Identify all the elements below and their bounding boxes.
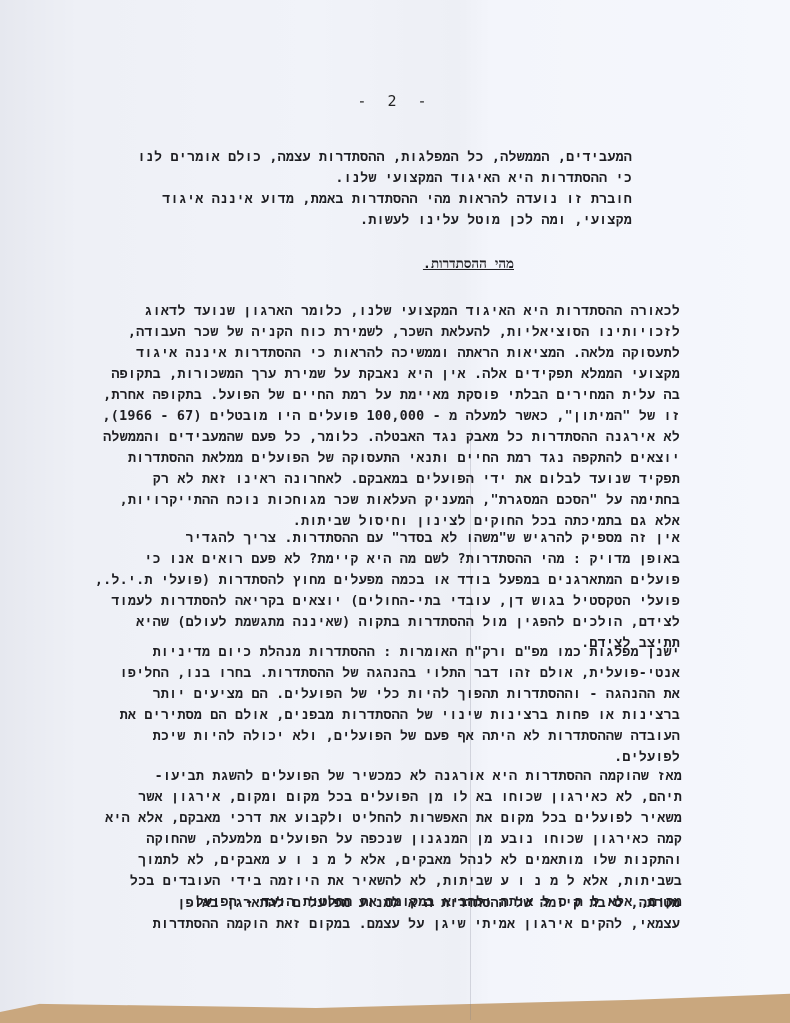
text-line: ישנן מפלגות כמו מפ"ם ורק"ח האומרות : ההס… (120, 642, 680, 663)
text-line: קמה כאירגון שכוחו נובע מן המנגנון שנכפה … (105, 829, 682, 850)
text-line: בה עלית המחירים הבלתי פוסקת מאיימת על רמ… (103, 385, 680, 406)
text-line: לפועלים. (120, 747, 680, 768)
text-line: בחתימה על "הסכם המסגרת", המעניק העלאות ש… (103, 490, 680, 511)
text-line: מקצועי, ומה לכן מוטל עלינו לעשות. (138, 210, 632, 231)
paragraph-parties-mapam-rakah: ישנן מפלגות כמו מפ"ם ורק"ח האומרות : ההס… (120, 642, 680, 768)
text-line: והתקנות שלו מותאמים לא לנהל מאבקים, אלא … (105, 850, 682, 871)
text-line: תפקיד שנועד לבלום את ידי הפועלים במאבקם.… (103, 469, 680, 490)
text-line: מטרתה, סיבת קיומה של ההסתדרות היא למנוע … (153, 893, 680, 914)
intro-paragraph: המעבידים, הממשלה, כל המפלגות, ההסתדרות ע… (138, 147, 632, 231)
text-line: משאיר לפועלים בכל מקום את האפשרות להחליט… (105, 808, 682, 829)
paragraph-what-is-histadrut: לכאורה ההסתדרות היא האיגוד המקצועי שלנו,… (103, 301, 680, 532)
text-line: חוברת זו נועדה להראות מהי ההסתדרות באמת,… (138, 189, 632, 210)
text-line: פועלים המתארגנים במפעל בודד או בכמה מפעל… (95, 570, 680, 591)
paragraph-since-founded: מאז שהוקמה ההסתדרות היא אורגנה לא כמכשיר… (105, 766, 682, 913)
section-heading: מהי ההסתדרות. (423, 256, 514, 272)
text-line: המעבידים, הממשלה, כל המפלגות, ההסתדרות ע… (138, 147, 632, 168)
text-line: לצידם, הולכים להפגין מול ההסתדרות בתקוה … (95, 612, 680, 633)
text-line: אנטי-פועלית, אולם זהו דבר התלוי בהנהגה ש… (120, 663, 680, 684)
text-line: באופן מדויק : מהי ההסתדרות? לשם מה היא ק… (95, 549, 680, 570)
text-line: לזכויותינו הסוציאליות, להעלאת השכר, לשמי… (103, 322, 680, 343)
text-line: ברצינות או פחות ברצינות שינוי של ההסתדרו… (120, 705, 680, 726)
text-line: כי ההסתדרות היא האיגוד המקצועי שלנו. (138, 168, 632, 189)
text-line: אין זה מספיק להרגיש ש"משהו לא בסדר" עם ה… (95, 528, 680, 549)
text-line: זו של "המיתון", כאשר למעלה מ - 100,000 פ… (103, 406, 680, 427)
text-line: פועלי הטקסטיל בגוש דן, עובדי בתי-החולים)… (95, 591, 680, 612)
text-line: מאז שהוקמה ההסתדרות היא אורגנה לא כמכשיר… (105, 766, 682, 787)
text-line: תיהם, לא כאירגון שכוחו בא לו מן הפועלים … (105, 787, 682, 808)
page-number: - 2 - (0, 92, 790, 110)
text-line: בשביתות, אלא ל מ נ ו ע שביתות, לא להשאיר… (105, 871, 682, 892)
text-line: העובדה שההסתדרות לא היתה אף פעם של הפועל… (120, 726, 680, 747)
paragraph-not-enough-to-feel: אין זה מספיק להרגיש ש"משהו לא בסדר" עם ה… (95, 528, 680, 654)
text-line: עצמאי, להקים אירגון אמיתי שיגן על עצמם. … (153, 914, 680, 935)
paragraph-purpose: מטרתה, סיבת קיומה של ההסתדרות היא למנוע … (153, 893, 680, 935)
text-line: את ההנהגה - וההסתדרות תהפוך להיות כלי של… (120, 684, 680, 705)
text-line: מקצועי הממלא תפקידים אלה. אין היא נאבקת … (103, 364, 680, 385)
text-line: לכאורה ההסתדרות היא האיגוד המקצועי שלנו,… (103, 301, 680, 322)
text-line: לתעסוקה מלאה. המציאות הראתה וממשיכה להרא… (103, 343, 680, 364)
text-line: יוצאים להתקפה נגד רמת החיים ותנאי התעסוק… (103, 448, 680, 469)
text-line: לא אירגנה ההסתדרות כל מאבק נגד האבטלה. כ… (103, 427, 680, 448)
